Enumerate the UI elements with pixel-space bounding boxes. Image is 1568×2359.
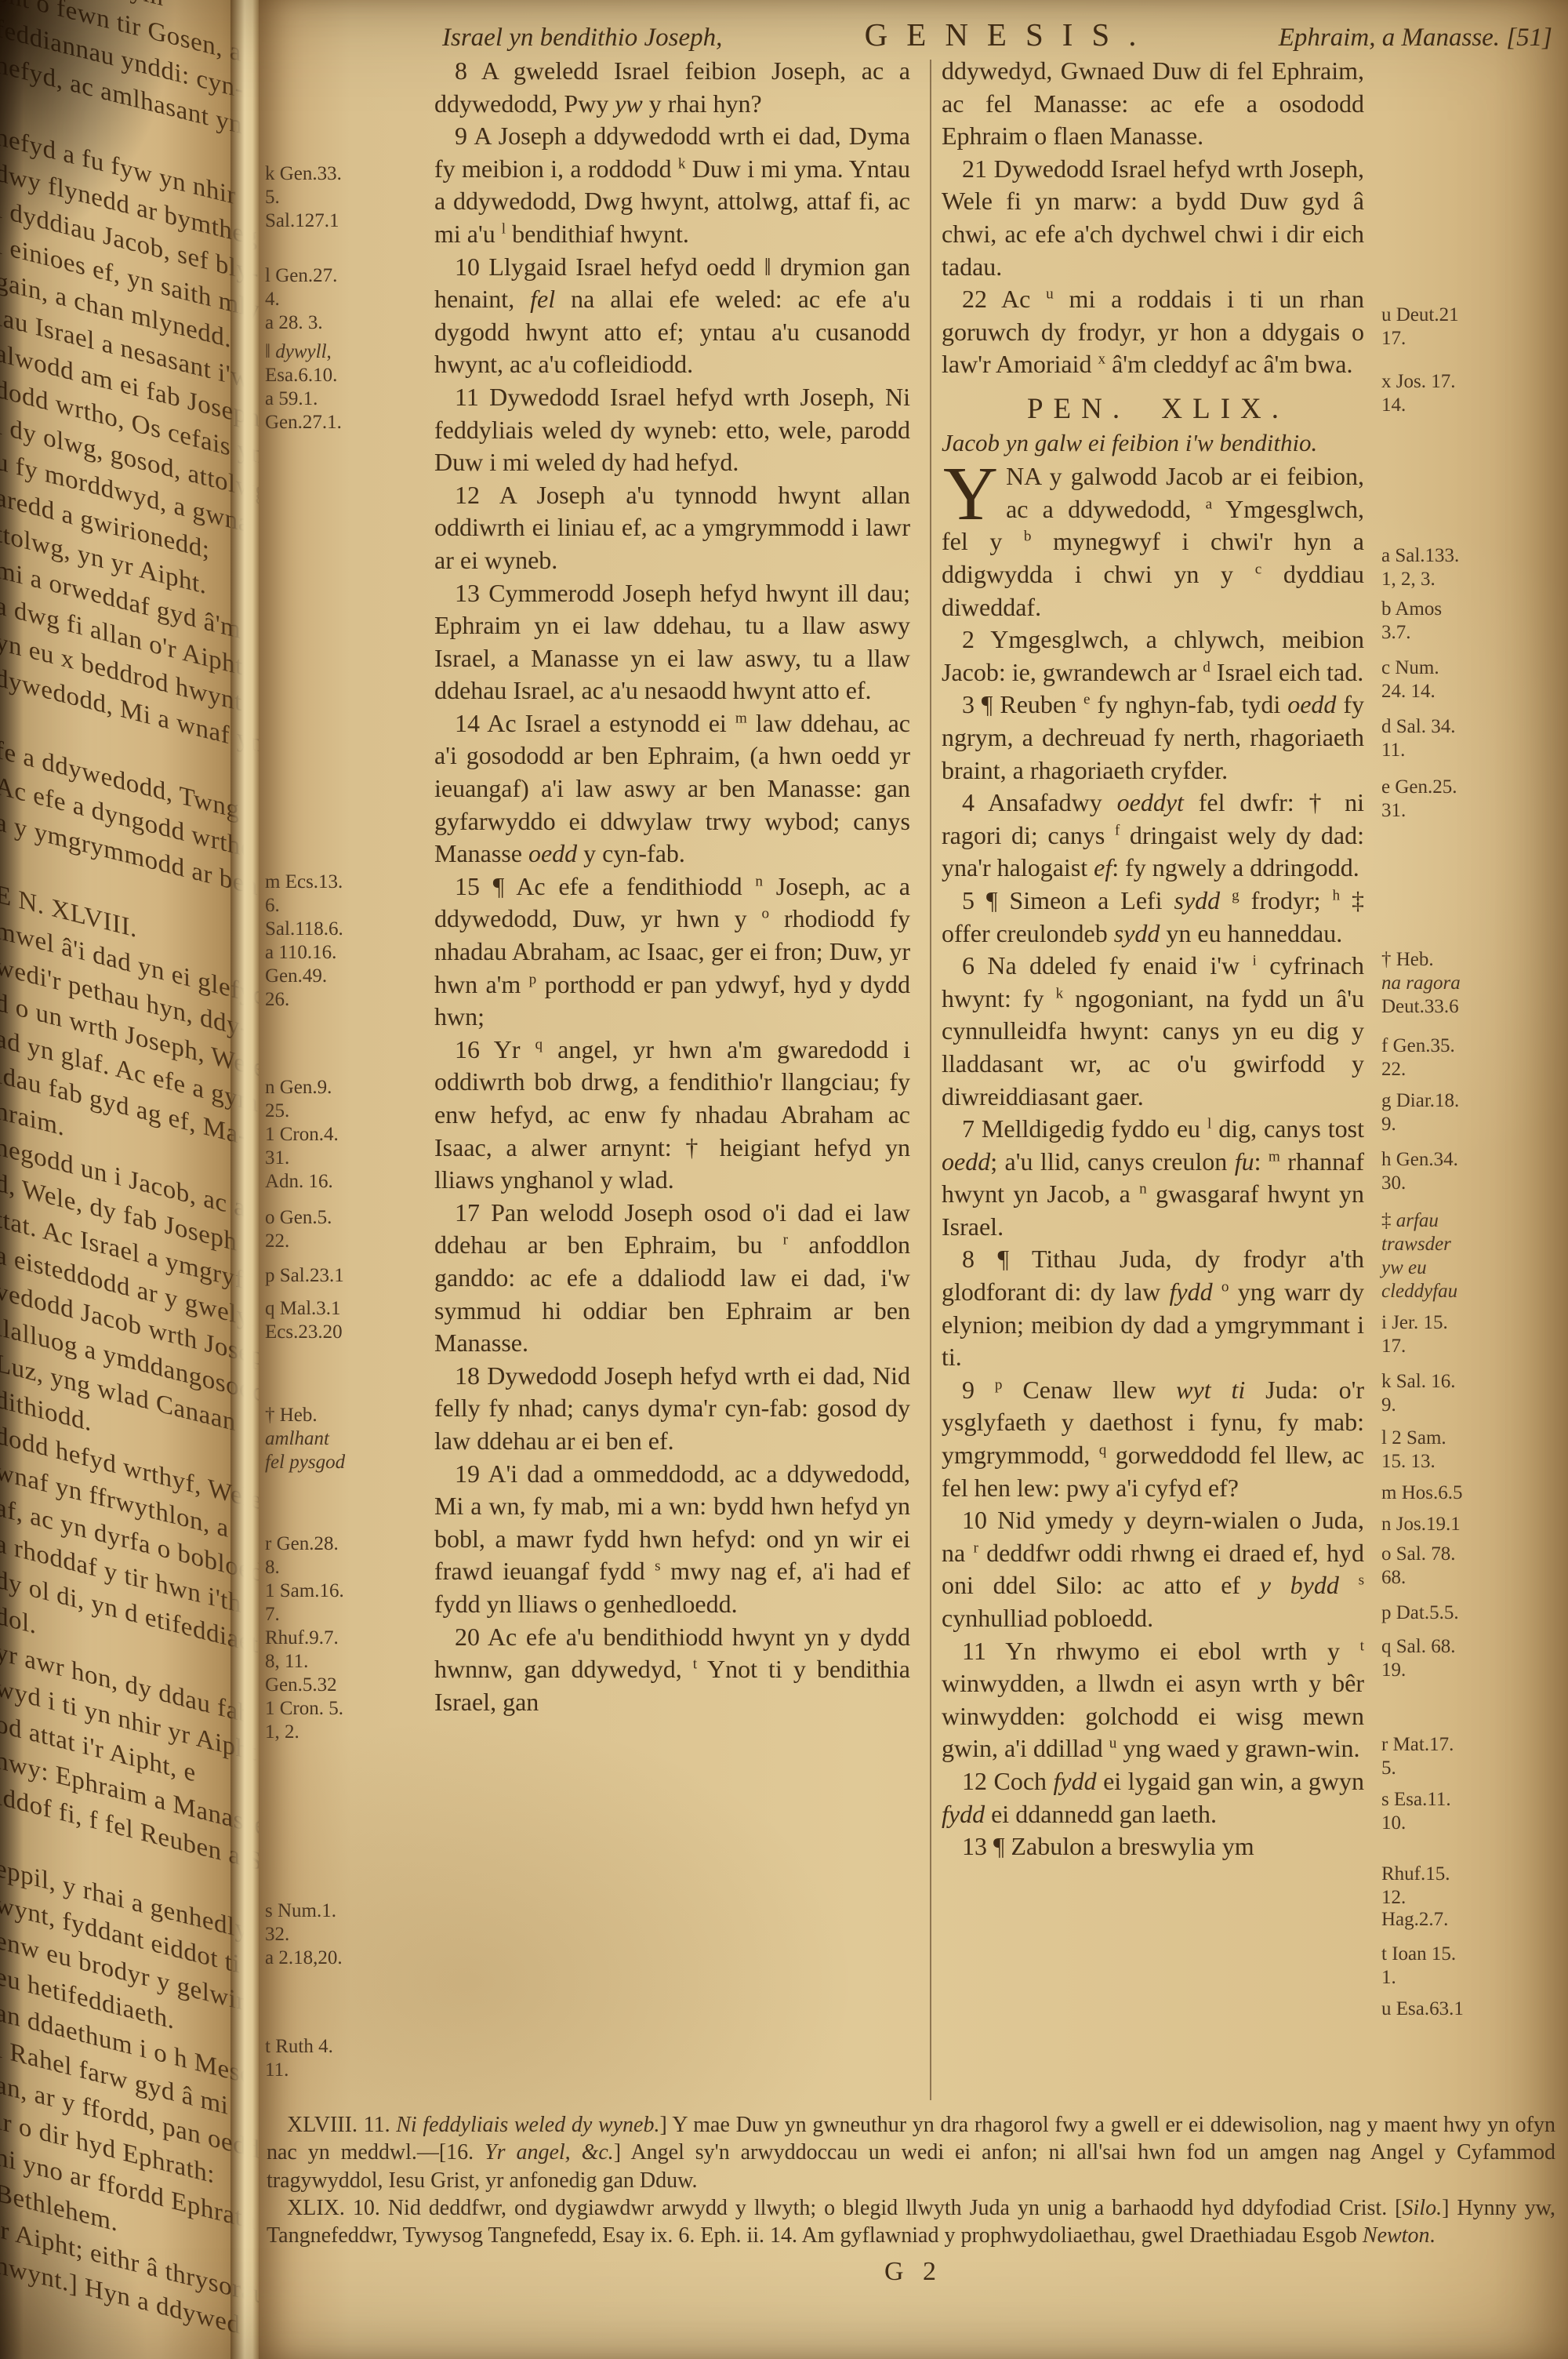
margin-note: o Gen.5. 22. (265, 1206, 433, 1253)
page-gutter (230, 0, 262, 2359)
left-margin-notes: k Gen.33. 5. Sal.127.1l Gen.27. 4.a 28. … (259, 55, 434, 2103)
verse: 16 Yr q angel, yr hwn a'm gwaredodd i od… (434, 1034, 910, 1197)
verse: 21 Dywedodd Israel hefyd wrth Joseph, We… (942, 153, 1364, 283)
margin-note: a Sal.133. 1, 2, 3. (1381, 544, 1566, 591)
verse: 17 Pan welodd Joseph osod o'i dad ei law… (434, 1197, 910, 1360)
verse: 12 Coch fydd ei lygaid gan win, a gwyn f… (942, 1765, 1364, 1830)
margin-note: t Ioan 15. 1. (1381, 1943, 1566, 1990)
running-header: Israel yn bendithio Joseph, GENESIS. Eph… (259, 0, 1568, 53)
verses-chapter49: 2 Ymgesglwch, a chlywch, meibion Jacob: … (942, 623, 1364, 1863)
signature-mark: G 2 (259, 2257, 1568, 2287)
margin-note: f Gen.35. 22. (1381, 1034, 1566, 1081)
running-header-left: Israel yn bendithio Joseph, (442, 24, 722, 53)
verse: 18 Dywedodd Joseph hefyd wrth ei dad, Ni… (434, 1360, 910, 1458)
verse: 14 Ac Israel a estynodd ei m law ddehau,… (434, 707, 910, 871)
margin-note: m Ecs.13. 6. Sal.118.6. a 110.16. Gen.49… (265, 871, 433, 1012)
margin-note: u Esa.63.1 (1381, 1997, 1566, 2021)
verse: 12 A Joseph a'u tynnodd hwynt allan oddi… (434, 479, 910, 577)
verse: 13 ¶ Zabulon a breswylia ym (942, 1830, 1364, 1863)
margin-note: i Jer. 15. 17. (1381, 1311, 1566, 1358)
margin-note: q Mal.3.1 Ecs.23.20 (265, 1297, 433, 1344)
footnote: XLIX. 10. Nid deddfwr, ond dygiawdwr arw… (267, 2194, 1555, 2250)
margin-note: Hag.2.7. (1381, 1908, 1566, 1932)
verse: 4 Ansafadwy oeddyt fel dwfr: † ni ragori… (942, 787, 1364, 885)
margin-note: t Ruth 4. 11. (265, 2035, 433, 2082)
margin-note: e Gen.25. 31. (1381, 776, 1566, 823)
margin-note: p Dat.5.5. (1381, 1601, 1566, 1625)
chapter-argument: Jacob yn galw ei feibion i'w bendithio. (942, 427, 1364, 459)
bible-page: Israel yn bendithio Joseph, GENESIS. Eph… (259, 0, 1568, 2359)
book-photo: Israel hefyd ympht o fewn tir Gosen, afe… (0, 0, 1568, 2359)
margin-note: x Jos. 17. 14. (1381, 370, 1566, 417)
verse: 8 A gweledd Israel feibion Joseph, ac a … (434, 55, 910, 120)
margin-note: ‡ arfau trawsder yw eu cleddyfau (1381, 1209, 1566, 1303)
margin-note: q Sal. 68. 19. (1381, 1635, 1566, 1682)
margin-note: ‖ dywyll, Esa.6.10. a 59.1. Gen.27.1. (265, 340, 433, 434)
verse: 2 Ymgesglwch, a chlywch, meibion Jacob: … (942, 623, 1364, 689)
margin-note: h Gen.34. 30. (1381, 1148, 1566, 1195)
verse: 19 A'i dad a ommeddodd, ac a ddywedodd, … (434, 1458, 910, 1621)
margin-note: g Diar.18. 9. (1381, 1089, 1566, 1136)
footnote: XLVIII. 11. Ni feddyliais weled dy wyneb… (267, 2111, 1555, 2194)
footnotes: XLVIII. 11. Ni feddyliais weled dy wyneb… (259, 2103, 1568, 2249)
margin-note: n Gen.9. 25. 1 Cron.4. 31. Adn. 16. (265, 1076, 433, 1194)
margin-note: p Sal.23.1 (265, 1264, 433, 1288)
facing-page-text: Israel hefyd ympht o fewn tir Gosen, afe… (0, 0, 254, 2351)
drop-cap: Y (942, 460, 1006, 523)
verses-chapter48: 21 Dywedodd Israel hefyd wrth Joseph, We… (942, 153, 1364, 381)
margin-note: r Mat.17. 5. (1381, 1733, 1566, 1780)
verse: 10 Nid ymedy y deyrn-wialen o Juda, na r… (942, 1504, 1364, 1634)
verse: 11 Dywedodd Israel hefyd wrth Joseph, Ni… (434, 381, 910, 479)
margin-note: c Num. 24. 14. (1381, 656, 1566, 703)
margin-note: k Gen.33. 5. Sal.127.1 (265, 162, 433, 233)
margin-note: a 28. 3. (265, 311, 433, 335)
verse: 7 Melldigedig fyddo eu l dig, canys tost… (942, 1113, 1364, 1243)
verse-continuation: ddywedyd, Gwnaed Duw di fel Ephraim, ac … (942, 55, 1364, 153)
verse: 3 ¶ Reuben e fy nghyn-fab, tydi oedd fy … (942, 689, 1364, 787)
verse: 10 Llygaid Israel hefyd oedd ‖ drymion g… (434, 251, 910, 381)
page-corner-shadow-bottom (0, 2139, 149, 2359)
margin-note: l 2 Sam. 15. 13. (1381, 1427, 1566, 1474)
right-column: ddywedyd, Gwnaed Duw di fel Ephraim, ac … (929, 55, 1568, 2103)
verse: 15 ¶ Ac efe a fendithiodd n Joseph, ac a… (434, 871, 910, 1034)
verse: 11 Yn rhwymo ei ebol wrth y t winwydden,… (942, 1635, 1364, 1765)
verse: 20 Ac efe a'u bendithiodd hwynt yn y dyd… (434, 1621, 910, 1719)
verse: 22 Ac u mi a roddais i ti un rhan goruwc… (942, 283, 1364, 381)
margin-note: Rhuf.15. 12. (1381, 1863, 1566, 1910)
verse: 9 A Joseph a ddywedodd wrth ei dad, Dyma… (434, 120, 910, 250)
margin-note: b Amos 3.7. (1381, 598, 1566, 645)
verse-with-dropcap: YNA y galwodd Jacob ar ei feibion, ac a … (942, 460, 1364, 623)
verse: 6 Na ddeled fy enaid i'w i cyfrinach hwy… (942, 950, 1364, 1113)
running-header-right: Ephraim, a Manasse. [51] (1279, 24, 1552, 53)
verse: 9 p Cenaw llew wyt ti Juda: o'r ysglyfae… (942, 1374, 1364, 1504)
margin-note: † Heb. amlhant fel pysgod (265, 1404, 433, 1474)
margin-note: n Jos.19.1 (1381, 1513, 1566, 1536)
margin-note: r Gen.28. 8. 1 Sam.16. 7. Rhuf.9.7. 8, 1… (265, 1532, 433, 1744)
margin-note: u Deut.21 17. (1381, 304, 1566, 351)
chapter-heading: PEN. XLIX. (942, 392, 1364, 426)
right-column-text: ddywedyd, Gwnaed Duw di fel Ephraim, ac … (929, 55, 1372, 2103)
left-column: k Gen.33. 5. Sal.127.1l Gen.27. 4.a 28. … (259, 55, 929, 2103)
margin-note: k Sal. 16. 9. (1381, 1370, 1566, 1417)
margin-note: l Gen.27. 4. (265, 264, 433, 311)
margin-note: d Sal. 34. 11. (1381, 715, 1566, 762)
book-title: GENESIS. (722, 16, 1278, 53)
margin-note: s Num.1. 32. a 2.18,20. (265, 1899, 433, 1970)
margin-note: m Hos.6.5 (1381, 1481, 1566, 1505)
facing-page: Israel hefyd ympht o fewn tir Gosen, afe… (0, 0, 260, 2359)
left-column-text: 8 A gweledd Israel feibion Joseph, ac a … (434, 55, 929, 2103)
verse: 5 ¶ Simeon a Lefi sydd g frodyr; h ‡ off… (942, 885, 1364, 950)
page-corner-shadow-top (0, 0, 188, 267)
text-columns: k Gen.33. 5. Sal.127.1l Gen.27. 4.a 28. … (259, 55, 1568, 2103)
margin-note: † Heb. na ragora Deut.33.6 (1381, 948, 1566, 1019)
margin-note: o Sal. 78. 68. (1381, 1543, 1566, 1590)
verse: 8 ¶ Tithau Juda, dy frodyr a'th glodfora… (942, 1243, 1364, 1373)
verse: 13 Cymmerodd Joseph hefyd hwynt ill dau;… (434, 577, 910, 707)
right-margin-notes: u Deut.21 17.x Jos. 17. 14.a Sal.133. 1,… (1372, 55, 1568, 2103)
margin-note: s Esa.11. 10. (1381, 1788, 1566, 1835)
